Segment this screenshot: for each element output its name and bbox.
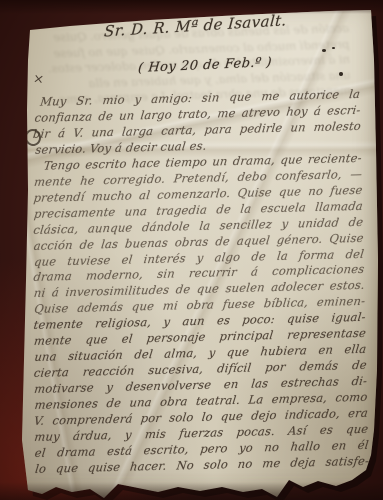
margin-x-mark: × (32, 71, 45, 87)
ink-spot (339, 72, 343, 76)
ink-spot (332, 47, 335, 49)
letter-paper: acción de las buenas obras de aquel géne… (0, 0, 383, 500)
photo-background: acción de las buenas obras de aquel géne… (0, 0, 383, 500)
ink-spot (322, 49, 326, 52)
letter-body: Muy Sr. mio y amigo: sin que me autorice… (26, 87, 369, 478)
